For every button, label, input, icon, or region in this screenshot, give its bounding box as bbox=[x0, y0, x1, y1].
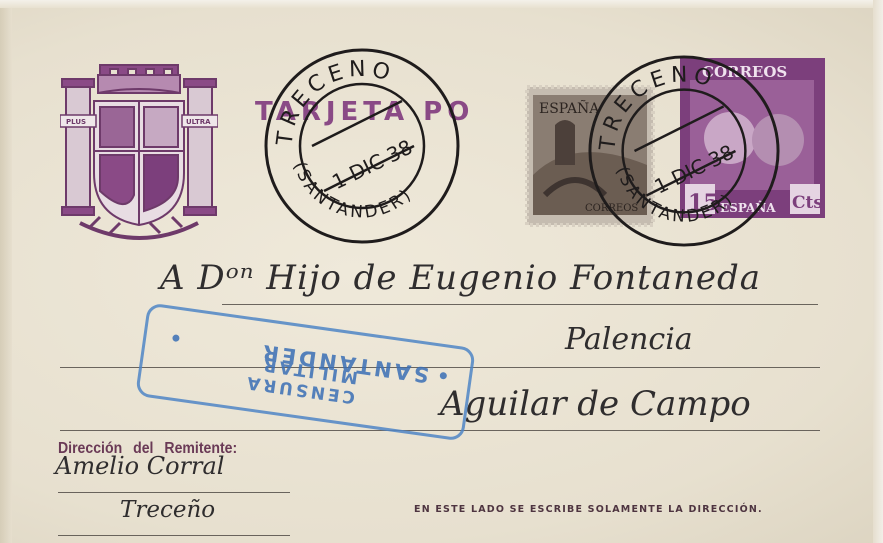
censor-stamp: SANTANDER CENSURA MILITAR bbox=[135, 302, 476, 441]
sender-line-2 bbox=[58, 535, 290, 536]
coat-of-arms-icon: PLUS ULTRA bbox=[60, 55, 218, 245]
postmark-left: TRECENO (SANTANDER) 1 DIC 38 bbox=[262, 46, 462, 246]
banner-plus: PLUS bbox=[66, 118, 86, 126]
sender-line-1 bbox=[58, 492, 290, 493]
sender-name: Amelio Corral bbox=[55, 452, 224, 480]
address-line-1 bbox=[222, 304, 818, 305]
card-left-edge bbox=[0, 0, 12, 543]
card-right-edge bbox=[873, 0, 883, 543]
censor-dot-icon bbox=[172, 334, 180, 342]
censor-dot-icon bbox=[439, 372, 447, 380]
footer-note: EN ESTE LADO SE ESCRIBE SOLAMENTE LA DIR… bbox=[414, 504, 763, 515]
recipient-name: A Dᵒⁿ Hijo de Eugenio Fontaneda bbox=[160, 258, 761, 298]
banner-ultra: ULTRA bbox=[186, 118, 211, 126]
sender-town: Treceño bbox=[120, 497, 215, 523]
postcard: PLUS ULTRA TARJETA PO ESPAÑA CORREOS COR… bbox=[0, 0, 883, 543]
postmark-right: TRECENO (SANTANDER) 1 DIC 38 bbox=[585, 52, 783, 250]
card-top-edge bbox=[0, 0, 883, 8]
stamp-currency: Cts bbox=[792, 193, 823, 213]
recipient-province: Palencia bbox=[565, 322, 693, 357]
recipient-town: Aguilar de Campo bbox=[440, 384, 751, 424]
